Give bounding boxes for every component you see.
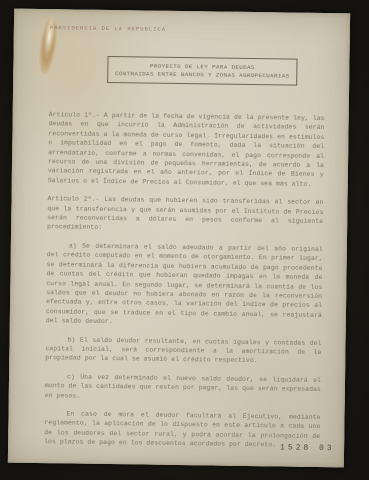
title-box: PROYECTO DE LEY PARA DEUDAS CONTRAIDAS E… (107, 56, 297, 86)
archive-number-stamp: 1528 03 (280, 443, 335, 453)
paragraph-item-b: b) El saldo deudor resultante, en cuotas… (45, 335, 321, 367)
paragraph-closing: En caso de mora el deudor facultará al E… (44, 409, 320, 450)
document-page: PRESIDENCIA DE LA REPUBLICA PROYECTO DE … (8, 9, 350, 468)
title-line-2: CONTRAIDAS ENTRE BANCOS Y ZONAS AGROPECU… (112, 70, 292, 81)
paragraph-articulo-2: Artículo 2º.- Las deudas que hubieren si… (47, 194, 323, 235)
paragraph-item-a: a) Se determinará el saldo adeudado a pa… (46, 241, 323, 330)
scan-background: PRESIDENCIA DE LA REPUBLICA PROYECTO DE … (0, 0, 369, 480)
paragraph-item-c: c) Una vez determinado el nuevo saldo de… (45, 372, 321, 404)
paragraph-articulo-1: Artículo 1º.- A partir de la fecha de vi… (48, 110, 325, 189)
header-stamp: PRESIDENCIA DE LA REPUBLICA (50, 24, 166, 33)
document-body: Artículo 1º.- A partir de la fecha de vi… (44, 110, 325, 459)
